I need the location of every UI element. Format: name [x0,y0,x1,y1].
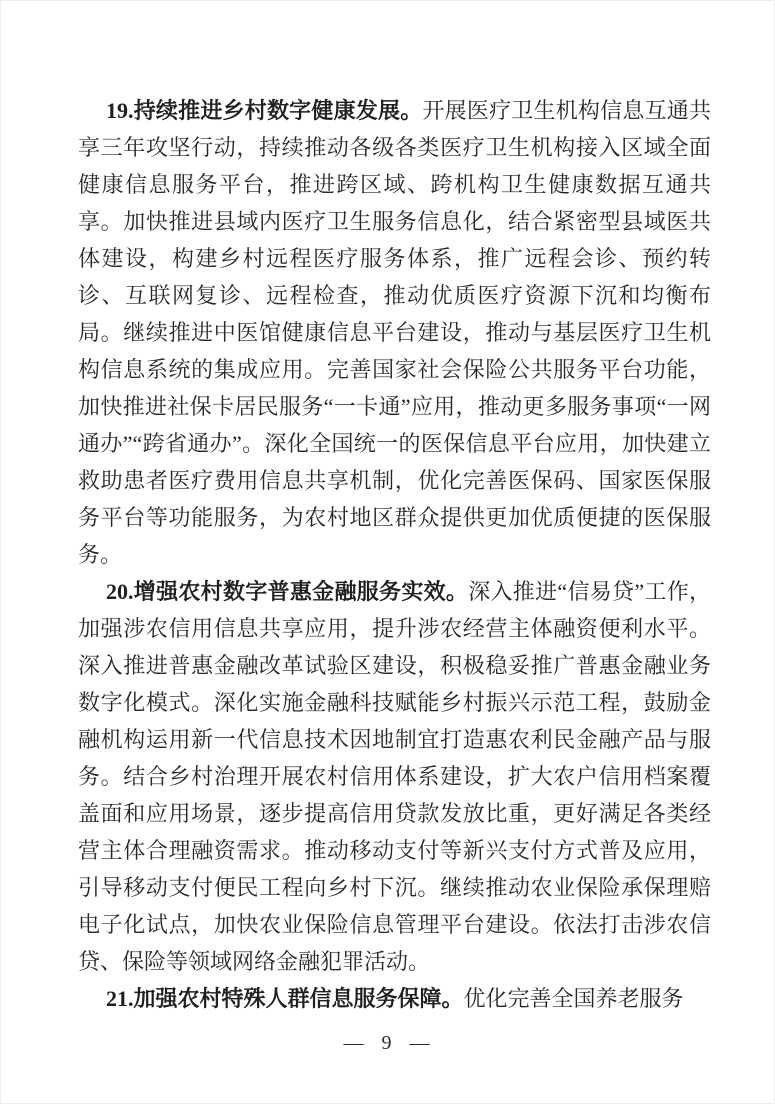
paragraph-19: 19.持续推进乡村数字健康发展。开展医疗卫生机构信息互通共享三年攻坚行动，持续推… [78,92,711,573]
paragraph-21-heading: 21.加强农村特殊人群信息服务保障。 [106,986,464,1011]
document-body: 19.持续推进乡村数字健康发展。开展医疗卫生机构信息互通共享三年攻坚行动，持续推… [78,92,711,1017]
paragraph-20: 20.增强农村数字普惠金融服务实效。深入推进“信易贷”工作，加强涉农信用信息共享… [78,573,711,980]
paragraph-21: 21.加强农村特殊人群信息服务保障。优化完善全国养老服务 [78,980,711,1017]
paragraph-20-heading: 20.增强农村数字普惠金融服务实效。 [106,579,468,604]
paragraph-19-heading: 19.持续推进乡村数字健康发展。 [106,98,422,123]
paragraph-19-body: 开展医疗卫生机构信息互通共享三年攻坚行动，持续推动各级各类医疗卫生机构接入区域全… [78,98,711,567]
page-number: — 9 — [1,1032,774,1055]
document-page: 19.持续推进乡村数字健康发展。开展医疗卫生机构信息互通共享三年攻坚行动，持续推… [0,0,775,1104]
paragraph-21-body: 优化完善全国养老服务 [464,986,684,1011]
paragraph-20-body: 深入推进“信易贷”工作，加强涉农信用信息共享应用，提升涉农经营主体融资便利水平。… [78,579,711,974]
